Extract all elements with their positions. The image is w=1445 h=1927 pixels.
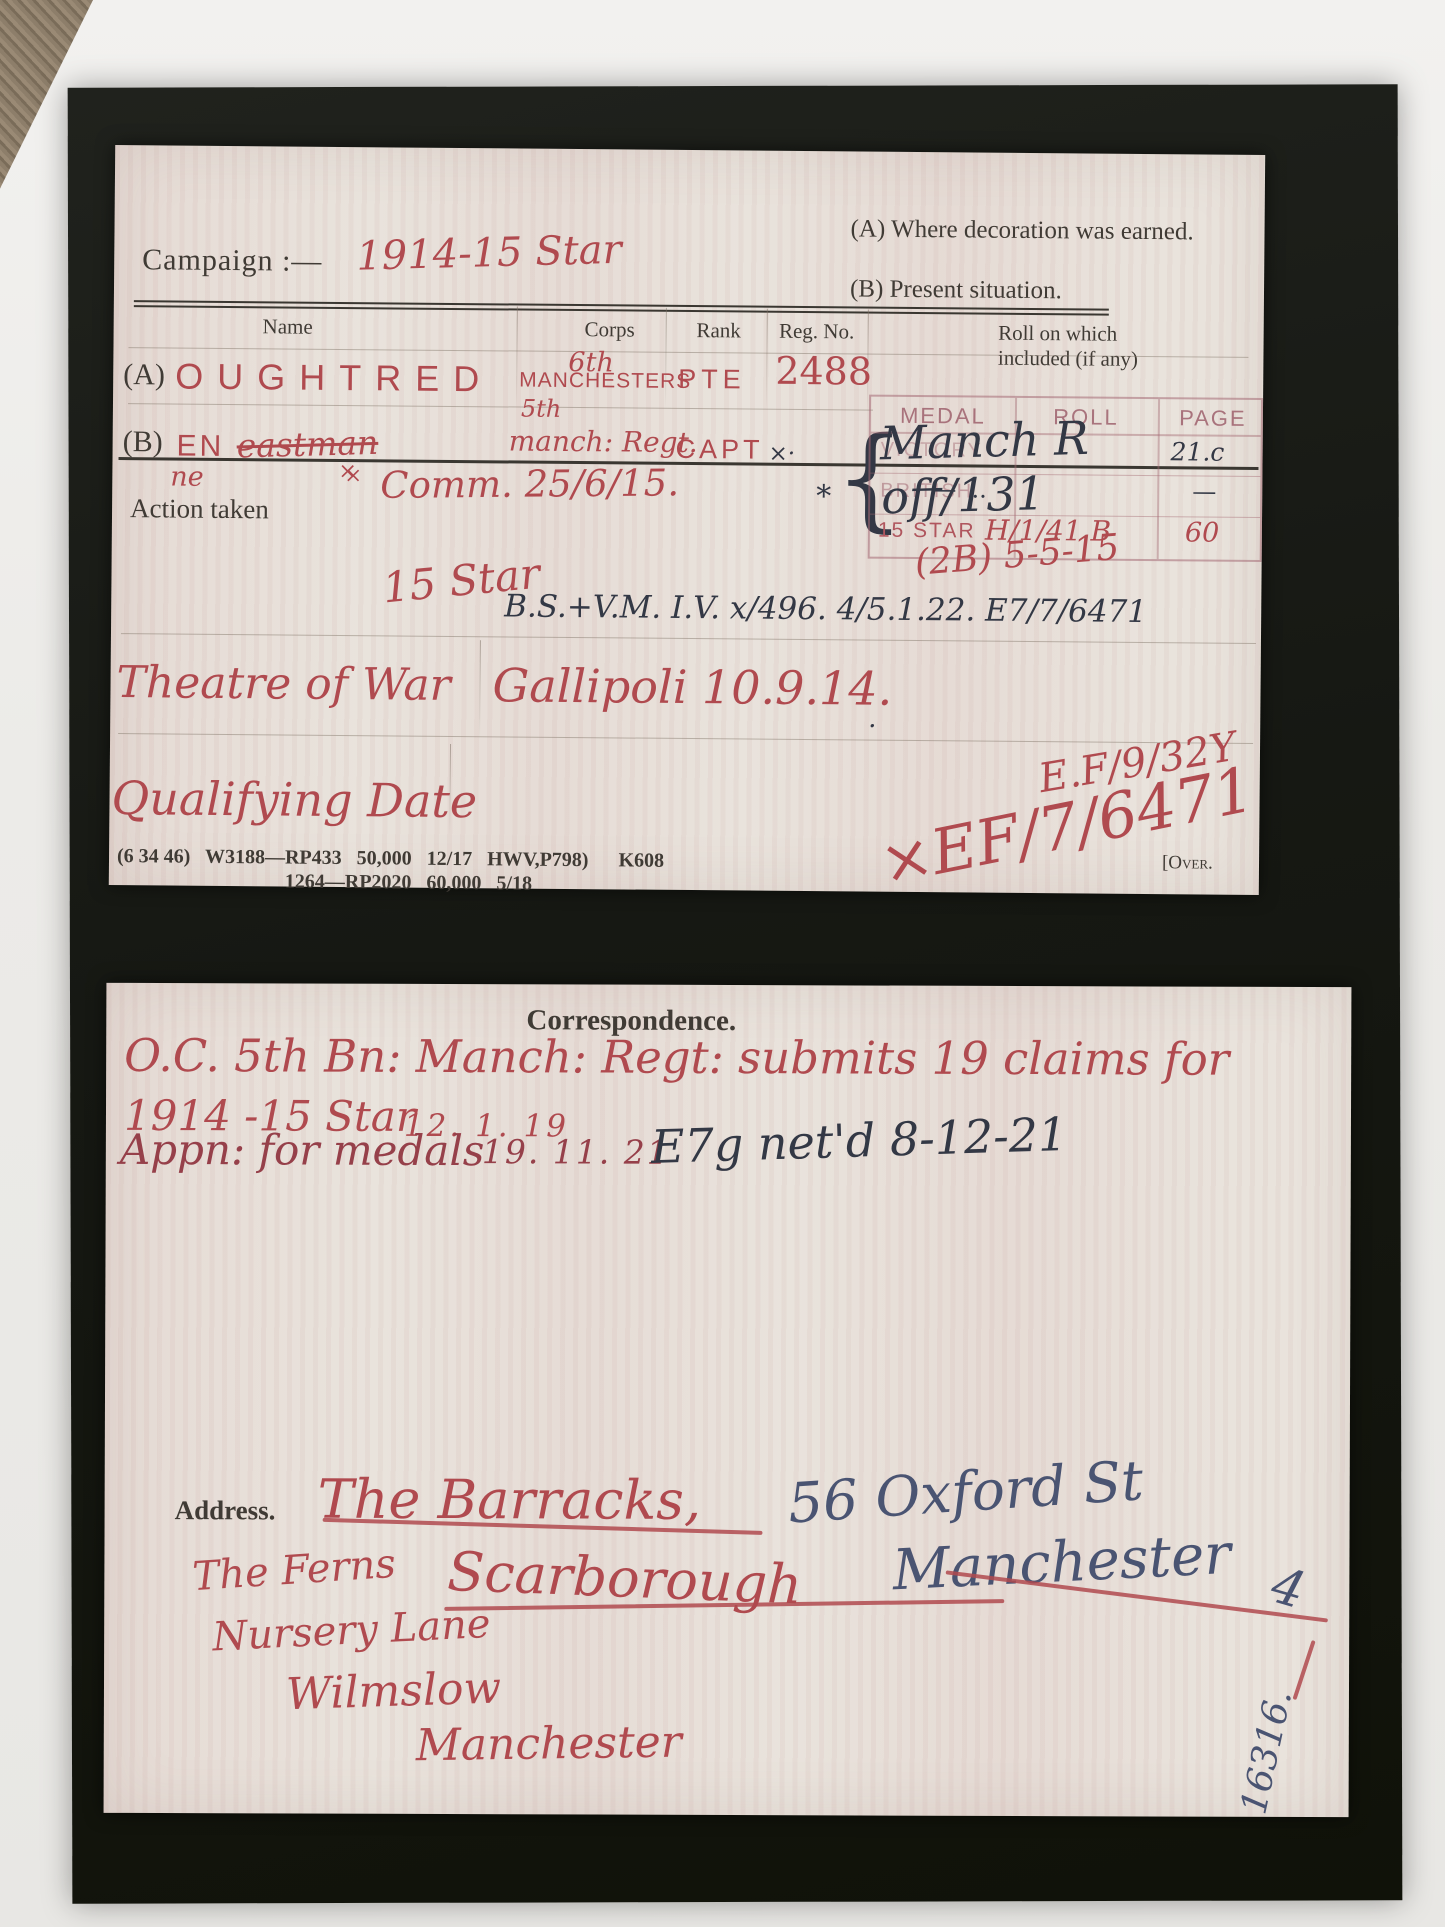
note-where-earned: (A) Where decoration was earned. [850,215,1193,246]
ink-annotation-line: B.S.+V.M. I.V. x/496. 4/5.1.22. E7/7/647… [504,588,1147,630]
row-b-corps-battalion: 5th [521,395,562,423]
campaign-label: Campaign :— [142,243,322,279]
theatre-divider [479,640,481,740]
qualifying-date-label: Qualifying Date [111,771,477,828]
note-present-situation: (B) Present situation. [850,275,1062,305]
row-a-reg-no: 2488 [775,349,872,394]
correspondence-card: Correspondence. O.C. 5th Bn: Manch: Regt… [104,983,1352,1817]
stray-dot: · [868,712,877,742]
print-code-line1: (6 34 46) W3188—RP433 50,000 12/17 HWV,P… [117,845,664,873]
new-address-line3: Wilmslow [285,1662,502,1720]
theatre-label: Theatre of War [116,657,451,711]
row-a-corps: MANCHESTERS [519,369,691,395]
row-a-label: (A) [123,358,165,392]
new-address-line4: Manchester [415,1717,682,1772]
over-note: [Over. [1162,852,1213,874]
row-b-corps: manch: Regt. [509,424,698,459]
correspondence-ink-note: E7g net'd 8-12-21 [650,1107,1068,1174]
correspondence-line3-date: 19. 11. 21 [482,1132,670,1172]
correspondence-line1: O.C. 5th Bn: Manch: Regt: submits 19 cla… [124,1029,1229,1086]
stamp-star-page: 60 [1185,517,1220,548]
action-note-cross: × [338,459,357,484]
blue-address-line1: 56 Oxford St [786,1448,1145,1535]
table-vline-1 [516,307,518,407]
action-note: ne [170,461,204,492]
row-a-rank: PTE [678,364,746,396]
correspondence-line3: Appn: for medals [120,1125,485,1175]
campaign-value: 1914-15 Star [356,227,622,280]
col-header-corps: Corps [584,317,634,342]
new-address-line1: The Ferns [191,1541,397,1600]
action-taken-label: Action taken [130,493,269,525]
theatre-value: Gallipoli 10.9.14. [492,658,892,715]
col-header-reg-no: Reg. No. [779,319,854,345]
faint-rule-mid [121,633,1256,644]
side-mark-4: 4 [1265,1556,1312,1621]
faint-rule-theatre [118,733,1253,744]
blue-address-line2: Manchester [891,1522,1232,1603]
row-b-label: (B) [123,425,163,459]
row-a-name: OUGHTRED [175,356,493,401]
address-label: Address. [175,1495,276,1526]
side-mark-16316: 16316. [1233,1686,1300,1818]
row-a-underline [128,403,873,411]
strike-mark-hook [1292,1640,1315,1700]
stamp-overwrite-script: Manch R off/131 [879,406,1264,524]
row-b-rank: CAPT [675,434,763,466]
col-header-rank: Rank [696,318,741,343]
table-vline-3 [766,309,768,409]
photo-scene: Campaign :— 1914-15 Star (A) Where decor… [0,0,1445,1927]
action-value: Comm. 25/6/15. [380,461,679,507]
asterisk-mark: * [816,479,831,514]
medal-index-card: Campaign :— 1914-15 Star (A) Where decor… [109,145,1265,895]
col-header-name: Name [262,314,312,339]
col-header-roll: Roll on which included (if any) [998,321,1175,373]
print-code-line2: 1264—RP2020 60,000 5/18 [285,871,532,896]
